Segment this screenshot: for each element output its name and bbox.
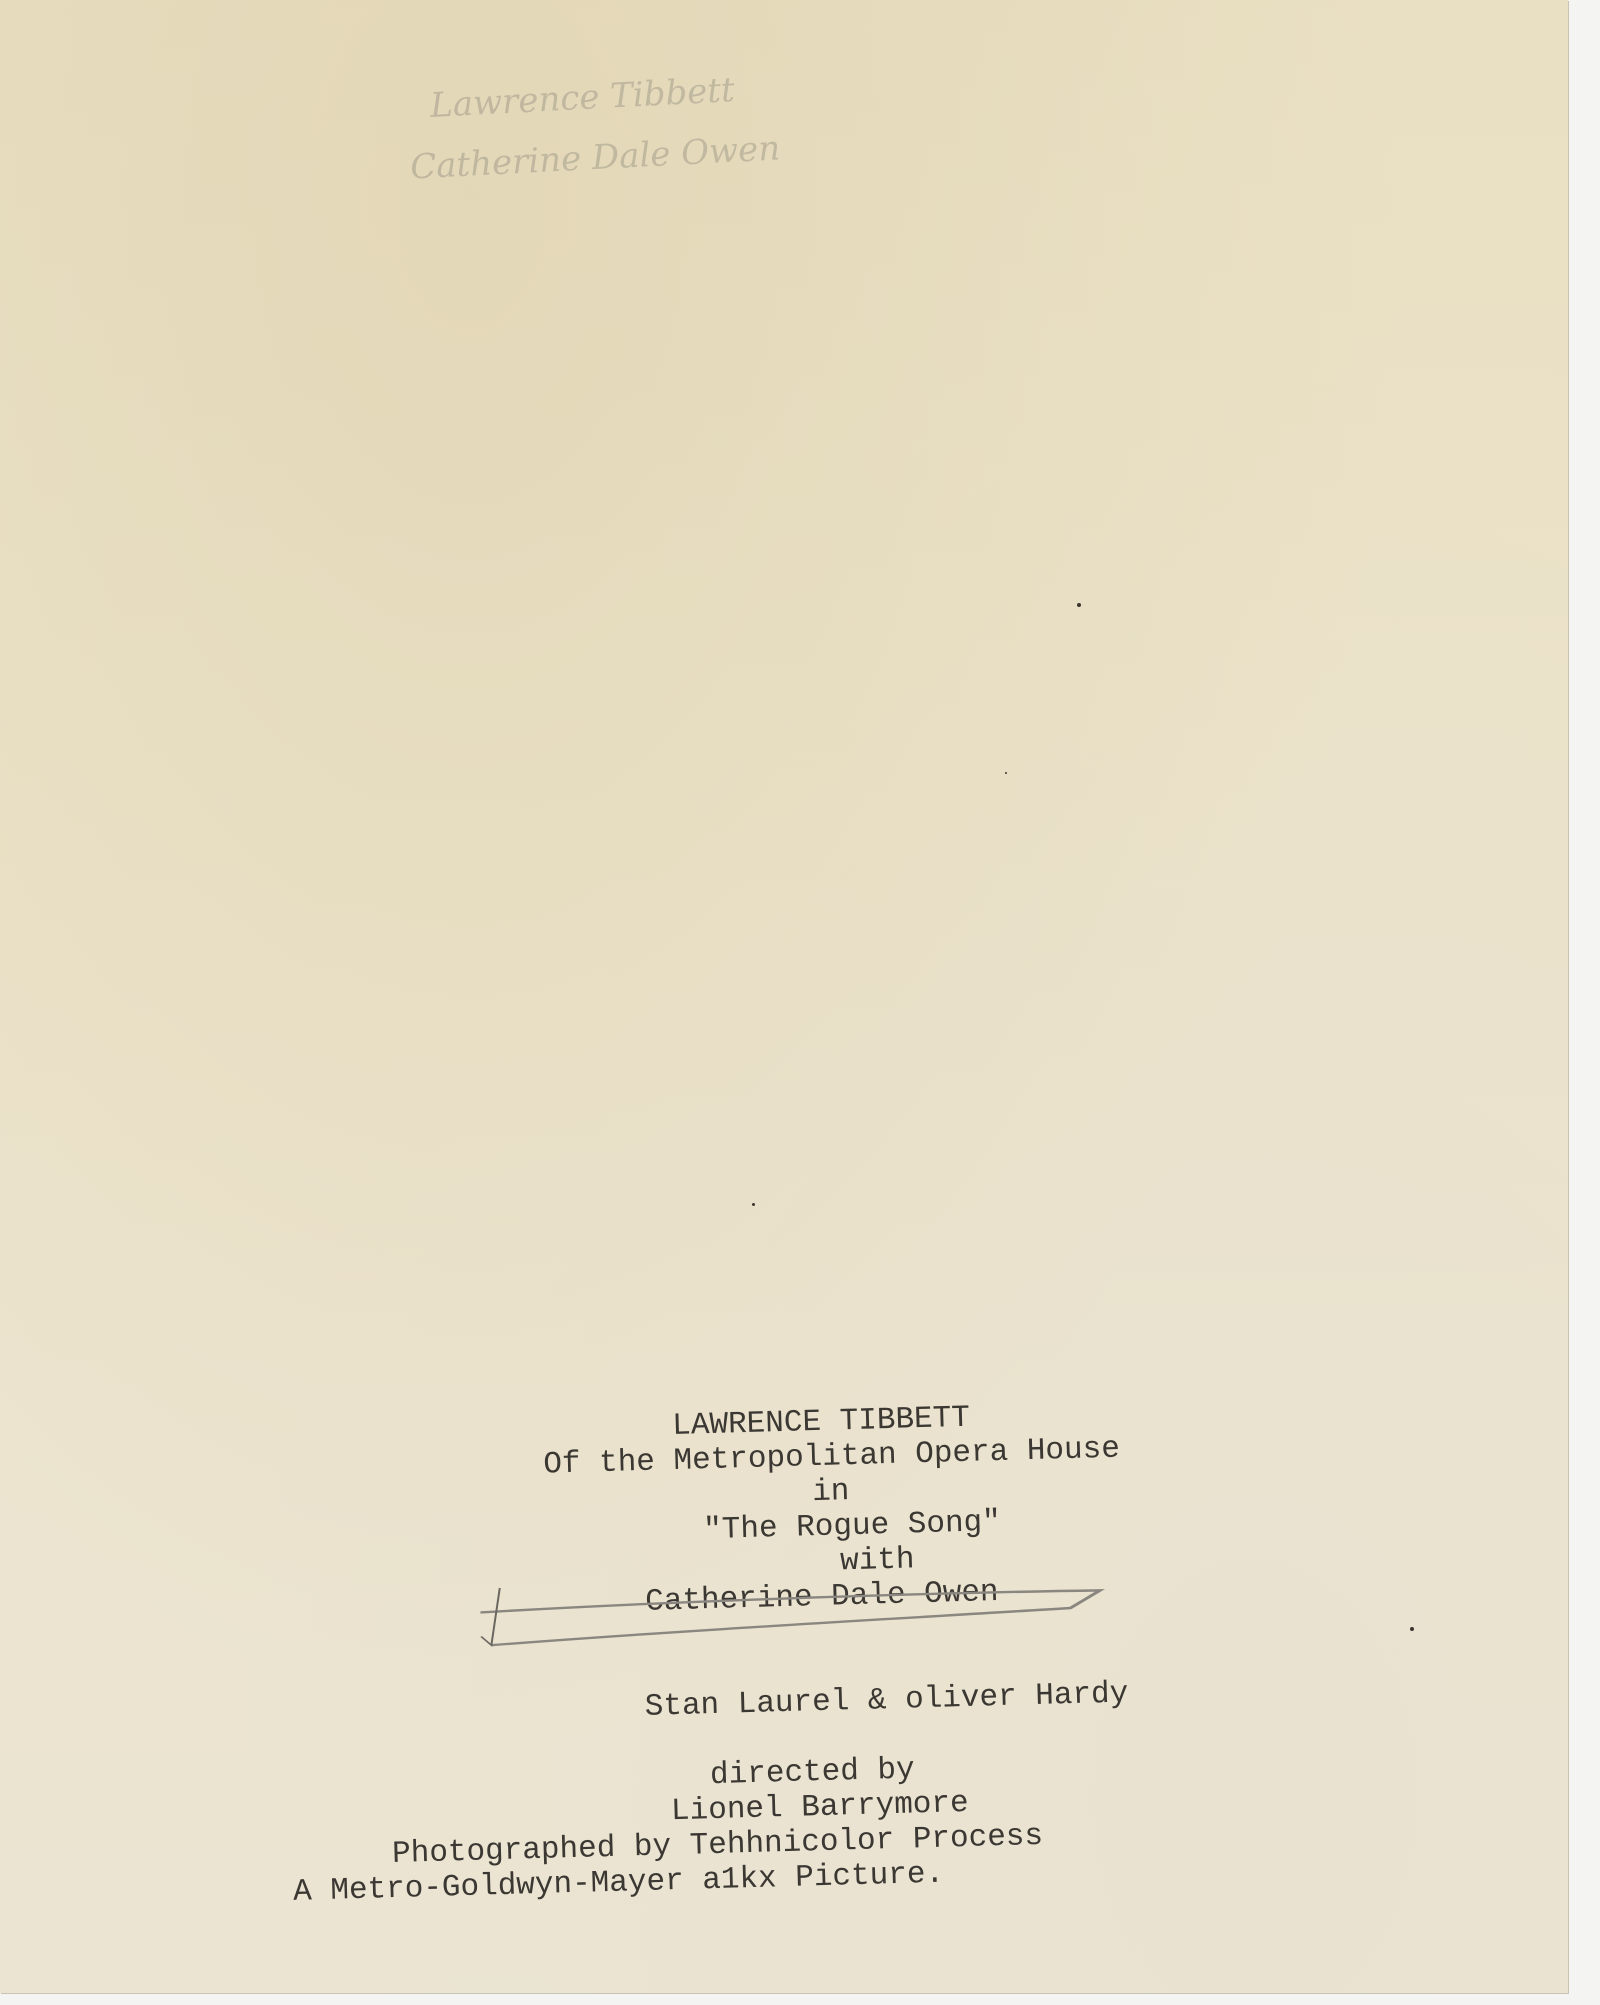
paper-speck	[1077, 603, 1081, 607]
paper-speck	[752, 1203, 755, 1206]
caption-circled-text: Stan Laurel & oliver Hardy	[644, 1676, 1128, 1724]
caption-circled-costars: Stan Laurel & oliver Hardy	[286, 1603, 1250, 1770]
pencil-note-line-2: Catherine Dale Owen	[409, 128, 781, 187]
pencil-note-line-1: Lawrence Tibbett	[429, 70, 735, 126]
paper-speck	[1005, 772, 1007, 774]
typed-caption: LAWRENCE TIBBETT Of the Metropolitan Ope…	[280, 1393, 1253, 1910]
photo-back-paper: Lawrence Tibbett Catherine Dale Owen LAW…	[0, 0, 1568, 1993]
paper-speck	[1410, 1627, 1414, 1631]
